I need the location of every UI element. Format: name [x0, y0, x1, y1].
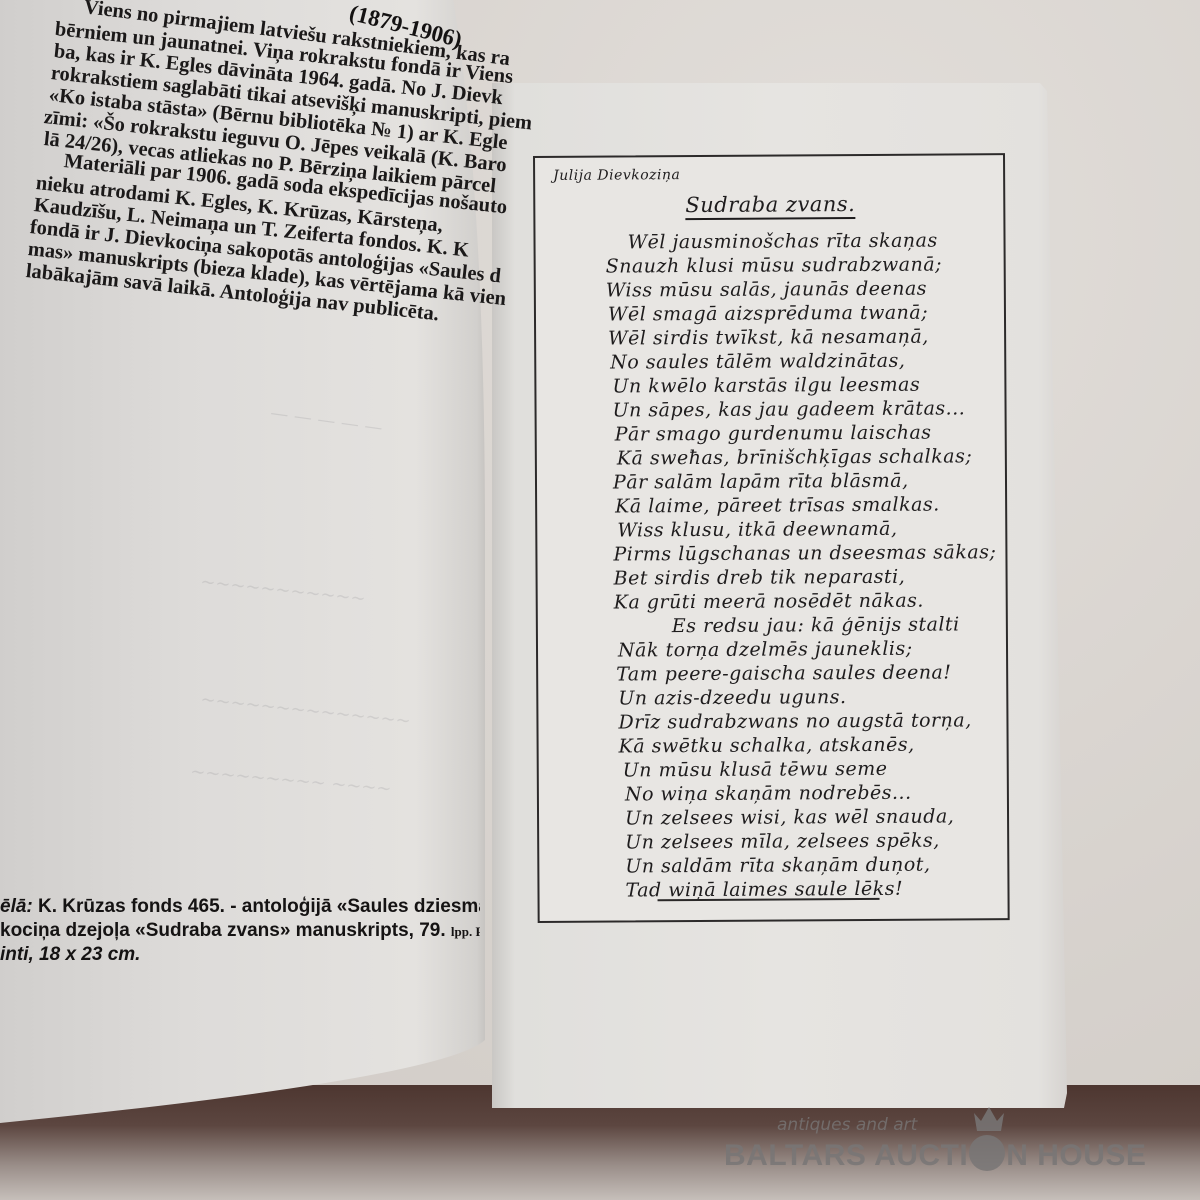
- manuscript-line: Kā laime, pāreet trīsas smalkas.: [615, 494, 940, 518]
- watermark-brand-prefix: BALTARS AUCTI: [724, 1139, 968, 1172]
- manuscript-line: Kā sweħas, brīnišchķīgas schalkas;: [617, 445, 973, 469]
- manuscript-line: Tam peere-gaischa saules deena!: [616, 661, 951, 685]
- manuscript-line: Wiss klusu, itkā deewnamā,: [617, 518, 897, 542]
- caption-text: K. Krūzas fonds 465. - antoloģijā «Saule…: [38, 896, 480, 917]
- manuscript-line: Un saldām rīta skaņām duņot,: [625, 854, 930, 878]
- manuscript-line: Un zelsees mīla, zelsees spēks,: [625, 830, 940, 854]
- left-body-text: Viens no pirmajiem latviešu rakstniekiem…: [22, 0, 582, 282]
- manuscript-line: Bet sirdis dreb tik neparasti,: [614, 566, 906, 590]
- manuscript-line: Wēl jausminošchas rīta skaņas: [627, 230, 937, 254]
- manuscript-line: No saules tālēm waldzinātas,: [610, 350, 905, 374]
- manuscript-line: Snauzh klusi mūsu sudrabzwanā;: [606, 254, 943, 278]
- manuscript-line: Wiss mūsu salās, jaunās deenas: [606, 278, 927, 302]
- manuscript-line: Nāk torņa dzelmēs jauneklis;: [618, 638, 913, 662]
- caption-line-2: kociņa dzejoļa «Sudraba zvans» manuskrip…: [0, 919, 480, 943]
- manuscript-line: Un kwēlo karstās ilgu leesmas: [612, 374, 920, 398]
- manuscript-line: Es redsu jau: kā ģēnijs stalti: [672, 613, 960, 637]
- manuscript-line: Ka grūti meerā nosēdēt nākas.: [614, 590, 924, 614]
- globe-icon: [969, 1135, 1005, 1171]
- manuscript-frame: Julija Dievkoziņa Sudraba zvans. Wēl jau…: [533, 153, 1010, 923]
- manuscript-line: Un zelsees wisi, kas wēl snauda,: [625, 805, 954, 829]
- caption-text-small: lpp. Raksti: [451, 924, 480, 939]
- manuscript-line: Wēl sirdis twīkst, kā nesamaņā,: [608, 326, 929, 350]
- crown-icon: [972, 1105, 1006, 1131]
- manuscript-line: Kā swētku schalka, atskanēs,: [619, 734, 915, 758]
- caption-label: ēlā:: [0, 896, 33, 917]
- manuscript-line: Un mūsu klusā tēwu seme: [623, 758, 888, 782]
- watermark-brand: BALTARS AUCTIN HOUSE: [724, 1135, 1146, 1173]
- manuscript-title: Sudraba zvans.: [685, 192, 855, 217]
- manuscript-line: Wēl smagā aizsprēduma twanā;: [608, 302, 928, 326]
- caption-line-3: inti, 18 x 23 cm.: [0, 943, 480, 966]
- manuscript-line: Pirms lūgschanas un dseesmas sākas;: [613, 541, 996, 565]
- caption-text: kociņa dzejoļa «Sudraba zvans» manuskrip…: [0, 920, 446, 941]
- closing-rule: [658, 898, 880, 901]
- manuscript-line: Pār salām lapām rīta blāsmā,: [613, 470, 909, 494]
- watermark-brand-suffix: N HOUSE: [1006, 1139, 1146, 1172]
- manuscript-line: No wiņa skaņām nodrebēs...: [625, 782, 912, 806]
- manuscript-line: Un azis-dzeedu uguns.: [618, 686, 846, 709]
- figure-caption: ēlā: K. Krūzas fonds 465. - antoloģijā «…: [0, 895, 480, 966]
- caption-line-1: ēlā: K. Krūzas fonds 465. - antoloģijā «…: [0, 895, 480, 919]
- manuscript-line: Drīz sudrabzwans no augstā torņa,: [618, 709, 971, 733]
- watermark: antiques and art BALTARS AUCTIN HOUSE: [722, 1103, 1142, 1173]
- manuscript-line: Pār smago gurdenumu laischas: [615, 422, 932, 446]
- watermark-tagline: antiques and art: [777, 1115, 917, 1135]
- manuscript-line: Un sāpes, kas jau gadeem krātas...: [612, 397, 965, 421]
- caption-text: inti, 18 x 23 cm.: [0, 944, 140, 965]
